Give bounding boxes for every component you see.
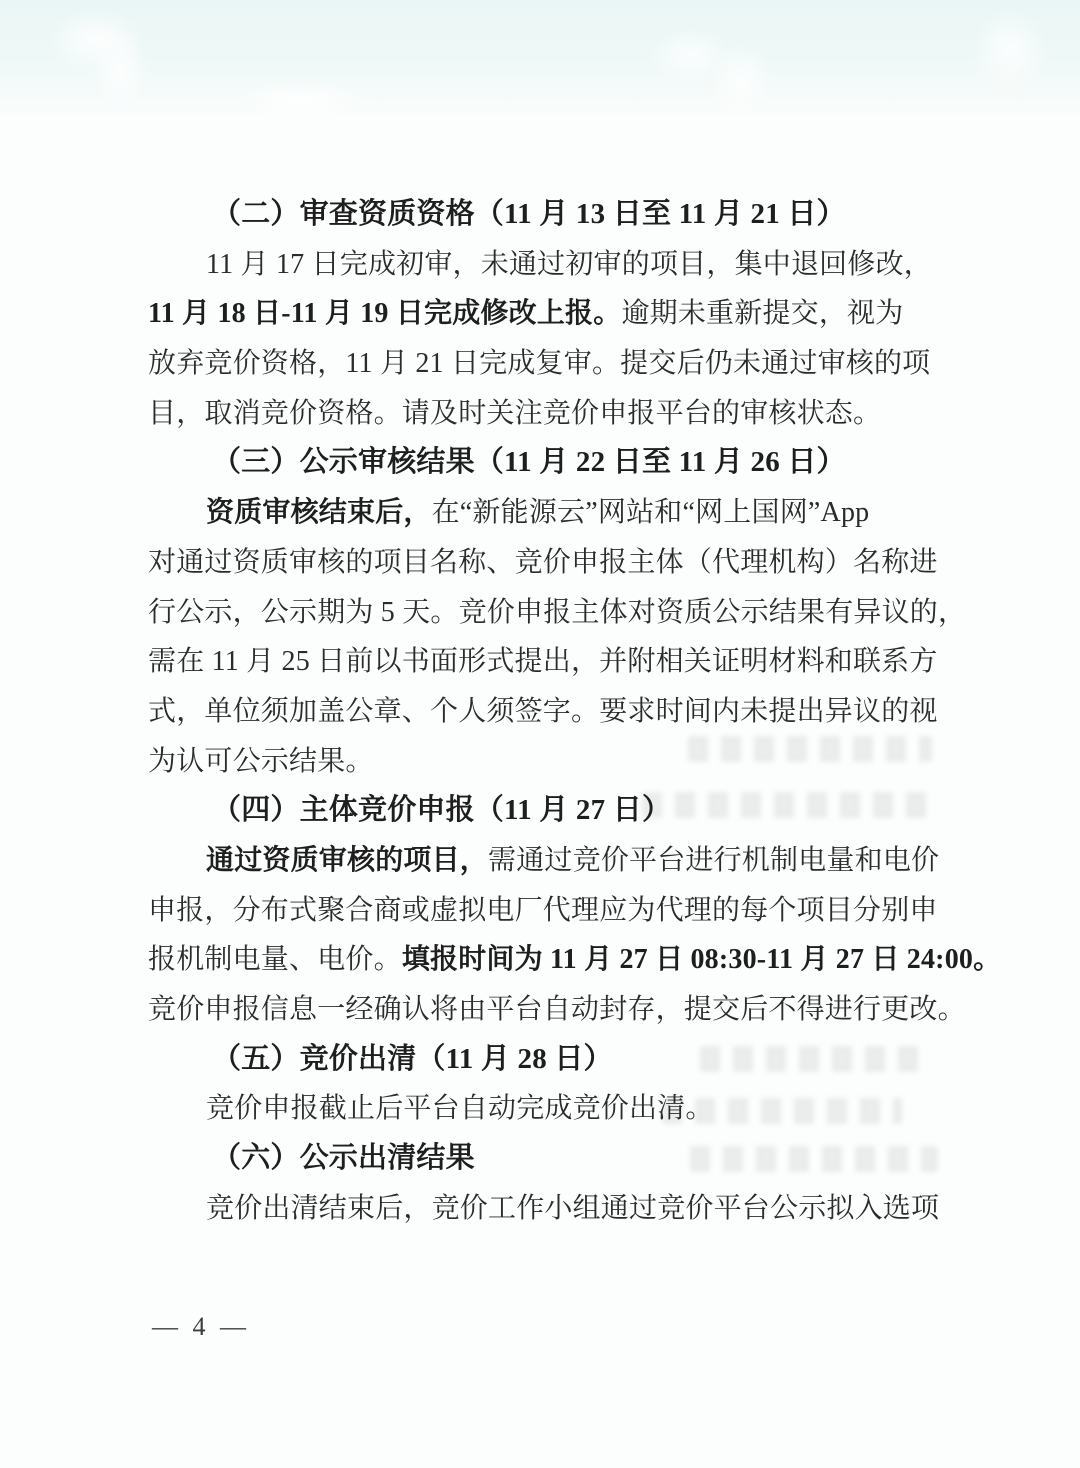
text-run: 报机制电量、电价。 xyxy=(148,944,402,975)
document-body: （二）审查资质资格（11 月 13 日至 11 月 21 日）11 月 17 日… xyxy=(148,190,932,1233)
paragraph-line: 对通过资质审核的项目名称、竞价申报主体（代理机构）名称进 xyxy=(148,538,932,588)
scanned-document-page: （二）审查资质资格（11 月 13 日至 11 月 21 日）11 月 17 日… xyxy=(0,0,1080,1468)
paragraph-line: 式，单位须加盖公章、个人须签字。要求时间内未提出异议的视 xyxy=(148,687,932,737)
text-run: 为认可公示结果。 xyxy=(148,746,374,777)
emphasized-text-run: 填报时间为 11 月 27 日 08:30-11 月 27 日 24:00。 xyxy=(402,944,1001,975)
text-run: 需在 11 月 25 日前以书面形式提出，并附相关证明材料和联系方 xyxy=(148,646,938,677)
text-run: 11 月 17 日完成初审，未通过初审的项目，集中退回修改， xyxy=(206,249,932,280)
text-run: 对通过资质审核的项目名称、竞价申报主体（代理机构）名称进 xyxy=(148,547,938,578)
text-run: 目，取消竞价资格。请及时关注竞价申报平台的审核状态。 xyxy=(148,398,881,429)
section-heading-section-6-gongshi-chuqing: （六）公示出清结果 xyxy=(148,1134,932,1184)
text-run: 放弃竞价资格，11 月 21 日完成复审。提交后仍未通过审核的项 xyxy=(148,348,930,379)
paragraph-line: 资质审核结束后，在“新能源云”网站和“网上国网”App xyxy=(148,488,932,538)
text-run: 行公示，公示期为 5 天。竞价申报主体对资质公示结果有异议的， xyxy=(148,597,966,628)
emphasized-text-run: 通过资质审核的项目， xyxy=(206,845,488,876)
text-run: 需通过竞价平台进行机制电量和电价 xyxy=(488,845,939,876)
page-number: — 4 — xyxy=(152,1312,250,1342)
emphasized-text-run: 11 月 18 日-11 月 19 日完成修改上报。 xyxy=(148,298,621,329)
text-run: 逾期未重新提交，视为 xyxy=(621,298,903,329)
section-heading-section-2-shencha-zizhi: （二）审查资质资格（11 月 13 日至 11 月 21 日） xyxy=(148,190,932,240)
section-heading-section-5-jingjia-chuqing: （五）竞价出清（11 月 28 日） xyxy=(148,1035,932,1085)
paragraph-line: 报机制电量、电价。填报时间为 11 月 27 日 08:30-11 月 27 日… xyxy=(148,935,932,985)
paragraph-line: 竞价申报信息一经确认将由平台自动封存，提交后不得进行更改。 xyxy=(148,985,932,1035)
paragraph-line: 11 月 18 日-11 月 19 日完成修改上报。逾期未重新提交，视为 xyxy=(148,289,932,339)
text-run: 竞价申报截止后平台自动完成竞价出清。 xyxy=(206,1093,714,1124)
paragraph-line: 竞价申报截止后平台自动完成竞价出清。 xyxy=(148,1084,932,1134)
paragraph-line: 申报，分布式聚合商或虚拟电厂代理应为代理的每个项目分别申 xyxy=(148,886,932,936)
section-heading-section-4-zhuti-jingjia: （四）主体竞价申报（11 月 27 日） xyxy=(148,786,932,836)
paragraph-line: 目，取消竞价资格。请及时关注竞价申报平台的审核状态。 xyxy=(148,389,932,439)
scan-tint-artifact xyxy=(0,0,1080,118)
section-heading-section-3-gongshi-shenhe: （三）公示审核结果（11 月 22 日至 11 月 26 日） xyxy=(148,438,932,488)
paragraph-line: 竞价出清结束后，竞价工作小组通过竞价平台公示拟入选项 xyxy=(148,1184,932,1234)
text-run: 在“新能源云”网站和“网上国网”App xyxy=(432,497,870,528)
text-run: 竞价申报信息一经确认将由平台自动封存，提交后不得进行更改。 xyxy=(148,994,966,1025)
paragraph-line: 通过资质审核的项目，需通过竞价平台进行机制电量和电价 xyxy=(148,836,932,886)
text-run: 竞价出清结束后，竞价工作小组通过竞价平台公示拟入选项 xyxy=(206,1193,939,1224)
paragraph-line: 为认可公示结果。 xyxy=(148,737,932,787)
emphasized-text-run: 资质审核结束后， xyxy=(206,497,432,528)
text-run: 式，单位须加盖公章、个人须签字。要求时间内未提出异议的视 xyxy=(148,696,938,727)
paragraph-line: 行公示，公示期为 5 天。竞价申报主体对资质公示结果有异议的， xyxy=(148,588,932,638)
paragraph-line: 需在 11 月 25 日前以书面形式提出，并附相关证明材料和联系方 xyxy=(148,637,932,687)
paragraph-line: 放弃竞价资格，11 月 21 日完成复审。提交后仍未通过审核的项 xyxy=(148,339,932,389)
text-run: 申报，分布式聚合商或虚拟电厂代理应为代理的每个项目分别申 xyxy=(148,895,938,926)
paragraph-line: 11 月 17 日完成初审，未通过初审的项目，集中退回修改， xyxy=(148,240,932,290)
